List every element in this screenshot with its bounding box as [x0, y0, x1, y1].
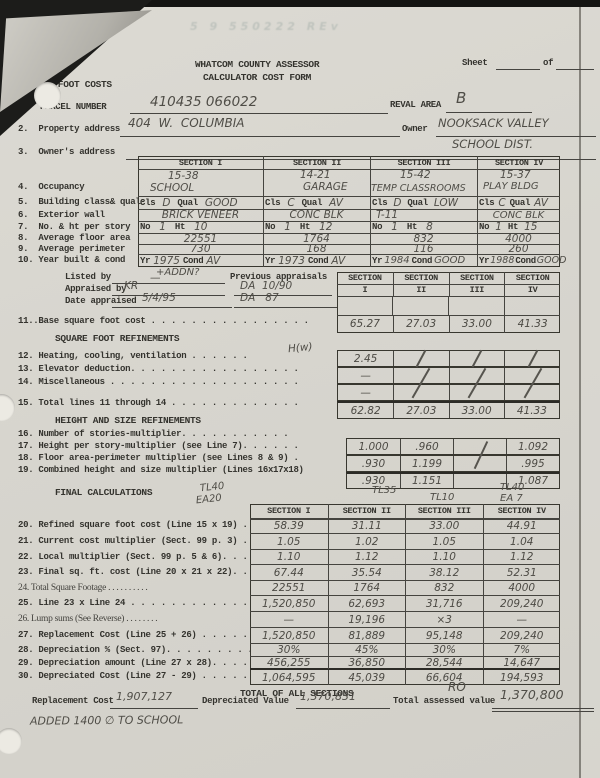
- cls-label: Cls: [265, 198, 280, 208]
- cell: ×3: [405, 612, 483, 627]
- total-assessed-value: 1,370,800: [500, 688, 564, 701]
- total-depreciated-label: Depreciated Value: [202, 696, 289, 706]
- final-calculations-heading: FINAL CALCULATIONS: [55, 488, 152, 499]
- total-replacement-label: Replacement Cost: [32, 696, 114, 706]
- yr-label: Yr: [265, 256, 275, 266]
- cell: 1.05: [405, 534, 483, 549]
- cell: 31,716: [405, 596, 483, 611]
- height-value: 8: [426, 221, 433, 233]
- agency-title-line2: CALCULATOR COST FORM: [203, 73, 311, 84]
- row5-label: 5. Building class& qual-: [18, 197, 146, 207]
- year-value: 1973: [278, 255, 305, 267]
- property-address-line: [120, 136, 400, 137]
- previous-value-1: DA 10/90: [240, 281, 292, 292]
- line19-label: 19. Combined height and size multiplier …: [18, 465, 304, 475]
- line26-label: 26. Lump sums (See Reverse) . . . . . . …: [18, 614, 157, 625]
- line13-label: 13. Elevator deduction. . . . . . . . . …: [18, 364, 299, 374]
- date-appraised-line: [112, 307, 232, 308]
- cell: 67.44: [250, 565, 328, 580]
- story-cell-4: No1Ht15: [479, 221, 559, 233]
- row8-label: 8. Average floor area: [18, 233, 130, 243]
- cell: 33.00: [449, 315, 505, 333]
- appraised-by-label: Appraised by: [65, 284, 126, 294]
- owners-address-label: 3. Owner's address: [18, 147, 115, 157]
- line22-values: 1.101.121.101.12: [250, 550, 560, 565]
- line24-values: 2255117648324000: [250, 581, 560, 596]
- cell: 30%: [405, 644, 483, 656]
- cell: SECTION IV: [483, 504, 561, 518]
- cell: 28,544: [405, 657, 483, 669]
- cell: 1.04: [483, 534, 561, 549]
- sheet-blank-line: [496, 69, 540, 70]
- height-value: 12: [319, 221, 332, 233]
- cell: 2.45: [338, 351, 393, 366]
- property-address-label: 2. Property address: [18, 124, 120, 134]
- line18-label: 18. Floor area-perimeter multiplier (see…: [18, 453, 299, 463]
- occupancy-code-2: 14-21: [300, 170, 331, 181]
- ht-label: Ht: [300, 222, 310, 232]
- cell: .995: [506, 456, 559, 471]
- line29-values: 456,25536,85028,54414,647: [250, 657, 560, 670]
- occupancy-code-3: 15-42: [400, 170, 431, 181]
- reval-area-label: REVAL AREA: [390, 100, 441, 110]
- story-cell-1: No1Ht10: [140, 221, 262, 233]
- bleedthrough-text: 5 9 550222 REv: [190, 20, 342, 33]
- perimeter-cell-1: 730: [138, 244, 263, 254]
- annotation-ro: RO: [448, 681, 466, 694]
- cell: 44.91: [483, 518, 561, 533]
- mini-col-line: [392, 296, 393, 315]
- ht-label: Ht: [407, 222, 417, 232]
- year-cell-2: Yr1973CondAV: [265, 254, 369, 267]
- line18-values: .9301.199.995: [346, 455, 560, 472]
- cls-label: Cls: [479, 198, 494, 208]
- wall-value: CONC BLK: [493, 210, 544, 221]
- annotation-tl10: TL10: [430, 493, 454, 504]
- line26-values: —19,196×3—: [250, 612, 560, 628]
- height-value: 10: [194, 221, 207, 233]
- date-appraised-label: Date appraised: [65, 296, 136, 306]
- cell: SECTION II: [328, 504, 406, 518]
- listed-by-label: Listed by: [65, 272, 111, 282]
- qual-value: LOW: [434, 197, 458, 209]
- cell: 209,240: [483, 628, 561, 643]
- cell: [453, 474, 506, 488]
- story-cell-3: No1Ht8: [372, 221, 476, 233]
- cell: 1.199: [400, 456, 453, 471]
- line15-values: 62.8227.0333.0041.33: [337, 401, 560, 419]
- line27-label: 27. Replacement Cost (Line 25 + 26) . . …: [18, 630, 248, 640]
- cell: III: [449, 284, 505, 296]
- cell: 1.12: [483, 550, 561, 564]
- cell: 456,255: [250, 657, 328, 669]
- line22-label: 22. Local multiplier (Sect. 99 p. 5 & 6)…: [18, 552, 248, 562]
- cls-value: D: [162, 197, 170, 209]
- cell: 30%: [250, 644, 328, 656]
- cell: 1.000: [347, 439, 400, 454]
- cell: .930: [347, 456, 400, 471]
- height-value: 15: [524, 221, 537, 233]
- cell: SECTION I: [250, 504, 328, 518]
- sheet-label: Sheet: [462, 58, 488, 68]
- cell: [453, 439, 506, 454]
- cell: —: [250, 612, 328, 627]
- qual-value: GOOD: [205, 197, 238, 209]
- cell: 36,850: [328, 657, 406, 669]
- mini-header-top: SECTIONSECTIONSECTIONSECTION: [337, 272, 560, 284]
- occupancy-name-1: SCHOOL: [150, 183, 194, 194]
- total-assessed-line-2: [492, 711, 594, 712]
- cond-value: GOOD: [537, 255, 567, 266]
- cell: —: [338, 368, 393, 383]
- line17-values: 1.000.9601.092: [346, 438, 560, 455]
- line25-values: 1,520,85062,69331,716209,240: [250, 596, 560, 612]
- no-label: No: [372, 222, 382, 232]
- cell: 66,604: [405, 670, 483, 685]
- occupancy-code-4: 15-37: [500, 170, 531, 181]
- no-label: No: [479, 222, 489, 232]
- cell: 41.33: [504, 403, 559, 418]
- cell: 33.00: [405, 518, 483, 533]
- cell: 1,520,850: [250, 628, 328, 643]
- cell: 62.82: [338, 403, 393, 418]
- cell: 22551: [250, 581, 328, 595]
- cond-label: Cond: [183, 256, 203, 266]
- cell: .960: [400, 439, 453, 454]
- previous-value-2: DA 87: [240, 293, 279, 304]
- mini-header-bottom: IIIIIIIV: [337, 284, 560, 296]
- line29-label: 29. Depreciation amount (Line 27 x 28). …: [18, 658, 248, 668]
- wall-cell-4: CONC BLK: [477, 209, 560, 221]
- year-cell-1: Yr1975CondAV: [140, 254, 262, 267]
- of-label: of: [543, 58, 553, 68]
- stories-value: 1: [159, 221, 166, 233]
- owner-label: Owner: [402, 124, 428, 134]
- cell: 1764: [328, 581, 406, 595]
- line11-label: 11..Base square foot cost . . . . . . . …: [18, 316, 309, 326]
- line16-label: 16. Number of stories-multiplier. . . . …: [18, 429, 288, 439]
- cls-label: Cls: [372, 198, 387, 208]
- line21-values: 1.051.021.051.04: [250, 534, 560, 550]
- final-table-header: SECTION ISECTION IISECTION IIISECTION IV: [250, 504, 560, 518]
- qual-label: Qual: [510, 198, 530, 208]
- ht-label: Ht: [175, 222, 185, 232]
- page-edge-strip: [581, 7, 600, 778]
- row10-label: 10. Year built & cond: [18, 255, 125, 265]
- wall-value: T-11: [376, 209, 398, 221]
- previous-line-2: [234, 307, 338, 308]
- cell: 45,039: [328, 670, 406, 685]
- stories-value: 1: [284, 221, 291, 233]
- addendum-note: +ADDN?: [156, 268, 199, 279]
- class-qual-cell-3: ClsDQualLOW: [372, 196, 476, 209]
- cell: 832: [405, 581, 483, 595]
- line20-values: 58.3931.1133.0044.91: [250, 518, 560, 534]
- yr-label: Yr: [479, 256, 489, 266]
- line13-values: —: [337, 367, 560, 384]
- row7-label: 7. No. & ht per story: [18, 222, 130, 232]
- height-size-heading: HEIGHT AND SIZE REFINEMENTS: [55, 416, 201, 427]
- cell: 65.27: [337, 315, 393, 333]
- cell: 95,148: [405, 628, 483, 643]
- line23-values: 67.4435.5438.1252.31: [250, 565, 560, 581]
- total-assessed-label: Total assessed value: [393, 696, 495, 706]
- annotation-ea7-right: EA 7: [500, 494, 523, 505]
- cell: SECTION: [449, 272, 505, 284]
- cell: 1,064,595: [250, 670, 328, 685]
- line14-label: 14. Miscellaneous . . . . . . . . . . . …: [18, 377, 299, 387]
- cell: 81,889: [328, 628, 406, 643]
- cell: SECTION: [393, 272, 449, 284]
- cell: 4000: [483, 581, 561, 595]
- cell: II: [393, 284, 449, 296]
- stories-value: 1: [391, 221, 398, 233]
- cell: 52.31: [483, 565, 561, 580]
- annotation-tl40-right: TL40: [500, 483, 524, 494]
- wall-cell-2: CONC BLK: [263, 209, 370, 221]
- date-appraised-value: 5/4/95: [142, 293, 176, 304]
- total-depreciated-value: 1,370,831: [300, 691, 356, 703]
- cell: [504, 385, 559, 400]
- of-blank-line: [556, 69, 594, 70]
- cell: 194,593: [483, 670, 561, 685]
- cell: 31.11: [328, 518, 406, 533]
- line23-label: 23. Final sq. ft. cost (Line 20 x 21 x 2…: [18, 567, 248, 577]
- line27-values: 1,520,85081,88995,148209,240: [250, 628, 560, 644]
- row6-label: 6. Exterior wall: [18, 210, 105, 220]
- line11-values: 65.2727.0333.0041.33: [337, 315, 560, 333]
- cell: —: [338, 385, 393, 400]
- property-address-value: 404 W. COLUMBIA: [128, 117, 245, 130]
- qual-value: AV: [534, 197, 548, 209]
- year-cell-4: Yr1988CondGOOD: [479, 254, 559, 267]
- stories-value: 1: [495, 221, 502, 233]
- cell: 1.092: [506, 439, 559, 454]
- cell: 1.12: [328, 550, 406, 564]
- year-value: 1975: [153, 255, 180, 267]
- cell: 45%: [328, 644, 406, 656]
- cond-value: AV: [331, 255, 345, 267]
- cell: [393, 385, 448, 400]
- cond-label: Cond: [308, 256, 328, 266]
- cell: 1.151: [400, 474, 453, 488]
- ht-label: Ht: [508, 222, 518, 232]
- qual-value: AV: [329, 197, 343, 209]
- parcel-number-value: 410435 066022: [150, 95, 257, 109]
- occupancy-name-3: TEMP CLASSROOMS: [371, 184, 466, 194]
- footer-note: ADDED 1400 ∅ TO SCHOOL: [30, 714, 183, 727]
- owner-value-line2: SCHOOL DIST.: [452, 138, 533, 150]
- mini-col-line: [448, 296, 449, 315]
- cond-value: AV: [206, 255, 220, 267]
- cell: SECTION: [504, 272, 560, 284]
- sqft-refinements-heading: SQUARE FOOT REFINEMENTS: [55, 334, 179, 345]
- cls-value: C: [287, 197, 294, 209]
- agency-title-line1: WHATCOM COUNTY ASSESSOR: [195, 60, 319, 71]
- perimeter-cell-2: 168: [263, 244, 370, 254]
- total-replacement-line: [110, 708, 198, 709]
- cell: I: [337, 284, 393, 296]
- wall-value: BRICK VENEER: [162, 209, 239, 221]
- line28-label: 28. Depreciation % (Sect. 97). . . . . .…: [18, 645, 253, 655]
- owner-value: NOOKSACK VALLEY: [438, 117, 549, 129]
- perimeter-cell-4: 260: [477, 244, 560, 254]
- perimeter-cell-3: 116: [370, 244, 477, 254]
- year-cell-3: Yr1984CondGOOD: [372, 254, 476, 267]
- appraised-by-value: KR: [124, 281, 138, 292]
- class-qual-cell-4: ClsCQualAV: [479, 196, 559, 209]
- cell: 1.10: [405, 550, 483, 564]
- total-assessed-line: [492, 708, 594, 709]
- total-depreciated-line: [296, 708, 390, 709]
- reval-area-value: B: [456, 91, 466, 107]
- cell: IV: [504, 284, 560, 296]
- cls-value: C: [498, 197, 505, 209]
- mini-col-line: [504, 296, 505, 315]
- line17-label: 17. Height per story-multiplier (see Lin…: [18, 441, 299, 451]
- year-value: 1984: [384, 255, 409, 266]
- annotation-tl35: TL35: [372, 486, 396, 497]
- reval-line: [446, 112, 532, 113]
- occupancy-name-2: GARAGE: [303, 182, 348, 193]
- line30-values: 1,064,59545,03966,604194,593: [250, 670, 560, 685]
- yr-label: Yr: [372, 256, 382, 266]
- line30-label: 30. Depreciated Cost (Line 27 - 29) . . …: [18, 671, 248, 681]
- cell: 1.05: [250, 534, 328, 549]
- cell: 35.54: [328, 565, 406, 580]
- line20-label: 20. Refined square foot cost (Line 15 x …: [18, 520, 248, 530]
- section-table-row-line: [138, 169, 560, 170]
- class-qual-cell-1: ClsDQualGOOD: [140, 196, 262, 209]
- cell: SECTION IV: [477, 156, 560, 169]
- line15-label: 15. Total lines 11 through 14 . . . . . …: [18, 398, 299, 408]
- yr-label: Yr: [140, 256, 150, 266]
- cell: 209,240: [483, 596, 561, 611]
- cell: SECTION III: [370, 156, 477, 169]
- cond-label: Cond: [412, 256, 432, 266]
- class-qual-cell-2: ClsCQualAV: [265, 196, 369, 209]
- line28-values: 30%45%30%7%: [250, 644, 560, 657]
- no-label: No: [140, 222, 150, 232]
- cell: 1.10: [250, 550, 328, 564]
- cell: SECTION I: [138, 156, 263, 169]
- no-label: No: [265, 222, 275, 232]
- cell: 14,647: [483, 657, 561, 669]
- cell: 38.12: [405, 565, 483, 580]
- cell: 1,520,850: [250, 596, 328, 611]
- scanned-form: 5 9 550222 REv WHATCOM COUNTY ASSESSOR C…: [0, 0, 600, 778]
- parcel-line: [130, 113, 388, 114]
- cell: 41.33: [504, 315, 560, 333]
- cond-label: Cond: [515, 256, 535, 266]
- line12-values: 2.45: [337, 350, 560, 367]
- qual-label: Qual: [407, 198, 427, 208]
- cell: 58.39: [250, 518, 328, 533]
- line24-label: 24. Total Square Footage . . . . . . . .…: [18, 583, 148, 594]
- cell: [504, 368, 559, 383]
- cell: SECTION III: [405, 504, 483, 518]
- section-table-header: SECTION ISECTION IISECTION IIISECTION IV: [138, 156, 560, 169]
- story-cell-2: No1Ht12: [265, 221, 369, 233]
- cell: 7%: [483, 644, 561, 656]
- cell: SECTION: [337, 272, 393, 284]
- total-replacement-value: 1,907,127: [116, 691, 172, 703]
- cell: 1.02: [328, 534, 406, 549]
- row9-label: 9. Average perimeter: [18, 244, 125, 254]
- line25-label: 25. Line 23 x Line 24 . . . . . . . . . …: [18, 598, 248, 608]
- wall-cell-3: T-11: [370, 209, 477, 221]
- year-value: 1988: [490, 255, 514, 266]
- cond-value: GOOD: [434, 255, 465, 266]
- cls-value: D: [393, 197, 401, 209]
- hole-punch-top: [34, 82, 61, 109]
- row4-label: 4. Occupancy: [18, 182, 84, 192]
- cell: [449, 385, 504, 400]
- occupancy-code-1: 15-38: [168, 171, 199, 182]
- line12-label: 12. Heating, cooling, ventilation . . . …: [18, 351, 248, 361]
- qual-label: Qual: [177, 198, 197, 208]
- cell: 27.03: [393, 315, 449, 333]
- cell: —: [483, 612, 561, 627]
- wall-value: CONC BLK: [289, 209, 343, 221]
- cell: 33.00: [449, 403, 504, 418]
- cell: 27.03: [393, 403, 448, 418]
- cell: SECTION II: [263, 156, 370, 169]
- wall-cell-1: BRICK VENEER: [138, 209, 263, 221]
- cell: 19,196: [328, 612, 406, 627]
- line21-label: 21. Current cost multiplier (Sect. 99 p.…: [18, 536, 248, 546]
- cls-label: Cls: [140, 198, 155, 208]
- cell: 62,693: [328, 596, 406, 611]
- qual-label: Qual: [302, 198, 322, 208]
- occupancy-name-4: PLAY BLDG: [483, 182, 539, 193]
